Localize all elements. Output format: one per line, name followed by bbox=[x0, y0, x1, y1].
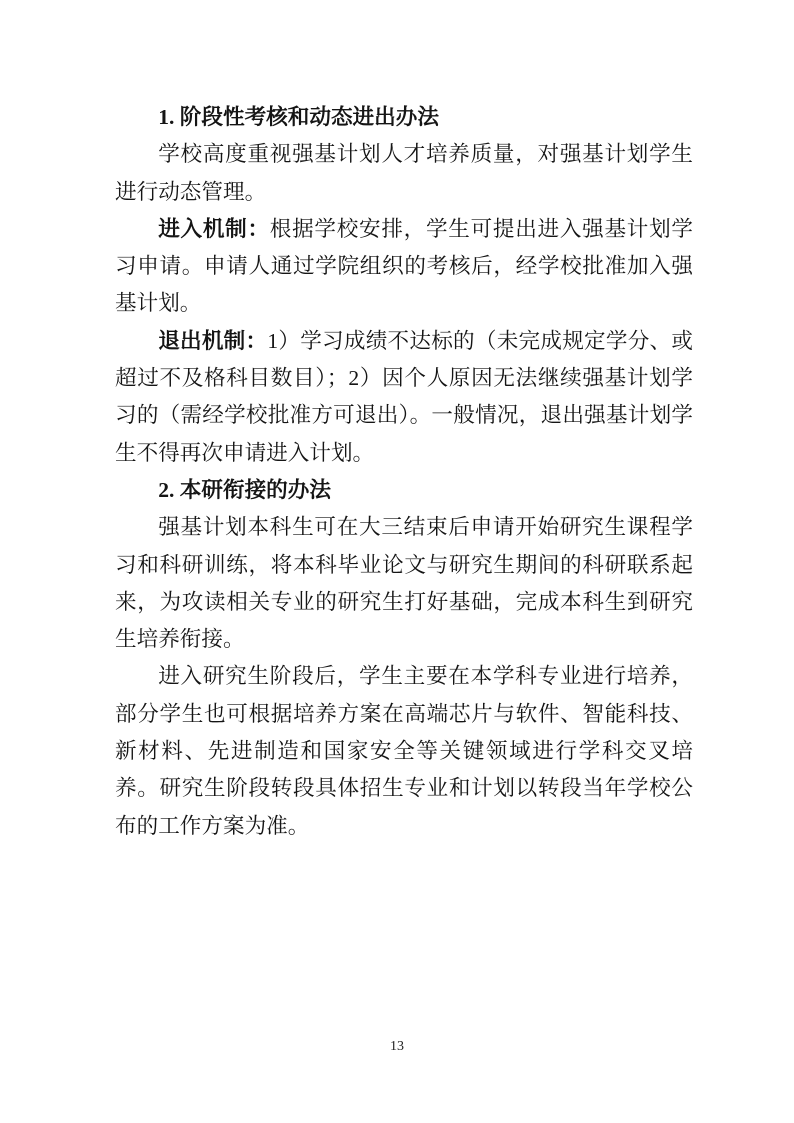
paragraph-text: 强基计划本科生可在大三结束后申请开始研究生课程学习和科研训练，将本科毕业论文与研… bbox=[115, 515, 693, 651]
section-2-paragraph-2: 进入研究生阶段后，学生主要在本学科专业进行培养，部分学生也可根据培养方案在高端芯… bbox=[115, 658, 693, 844]
paragraph-text: 学校高度重视强基计划人才培养质量，对强基计划学生进行动态管理。 bbox=[115, 142, 693, 203]
section-1-paragraph-2: 进入机制：根据学校安排，学生可提出进入强基计划学习申请。申请人通过学院组织的考核… bbox=[115, 211, 693, 323]
paragraph-text: 进入研究生阶段后，学生主要在本学科专业进行培养，部分学生也可根据培养方案在高端芯… bbox=[115, 664, 693, 837]
section-1-paragraph-1: 学校高度重视强基计划人才培养质量，对强基计划学生进行动态管理。 bbox=[115, 136, 693, 211]
paragraph-lead: 退出机制： bbox=[158, 329, 267, 353]
paragraph-lead: 进入机制： bbox=[158, 217, 270, 241]
section-2-paragraph-1: 强基计划本科生可在大三结束后申请开始研究生课程学习和科研训练，将本科毕业论文与研… bbox=[115, 509, 693, 658]
document-body: 1. 阶段性考核和动态进出办法 学校高度重视强基计划人才培养质量，对强基计划学生… bbox=[115, 99, 693, 845]
section-1-paragraph-3: 退出机制：1）学习成绩不达标的（未完成规定学分、或超过不及格科目数目）；2）因个… bbox=[115, 323, 693, 472]
page-number: 13 bbox=[0, 1038, 794, 1056]
section-2-heading: 2. 本研衔接的办法 bbox=[115, 472, 693, 509]
section-1-heading: 1. 阶段性考核和动态进出办法 bbox=[115, 99, 693, 136]
document-page: 1. 阶段性考核和动态进出办法 学校高度重视强基计划人才培养质量，对强基计划学生… bbox=[0, 0, 794, 1123]
